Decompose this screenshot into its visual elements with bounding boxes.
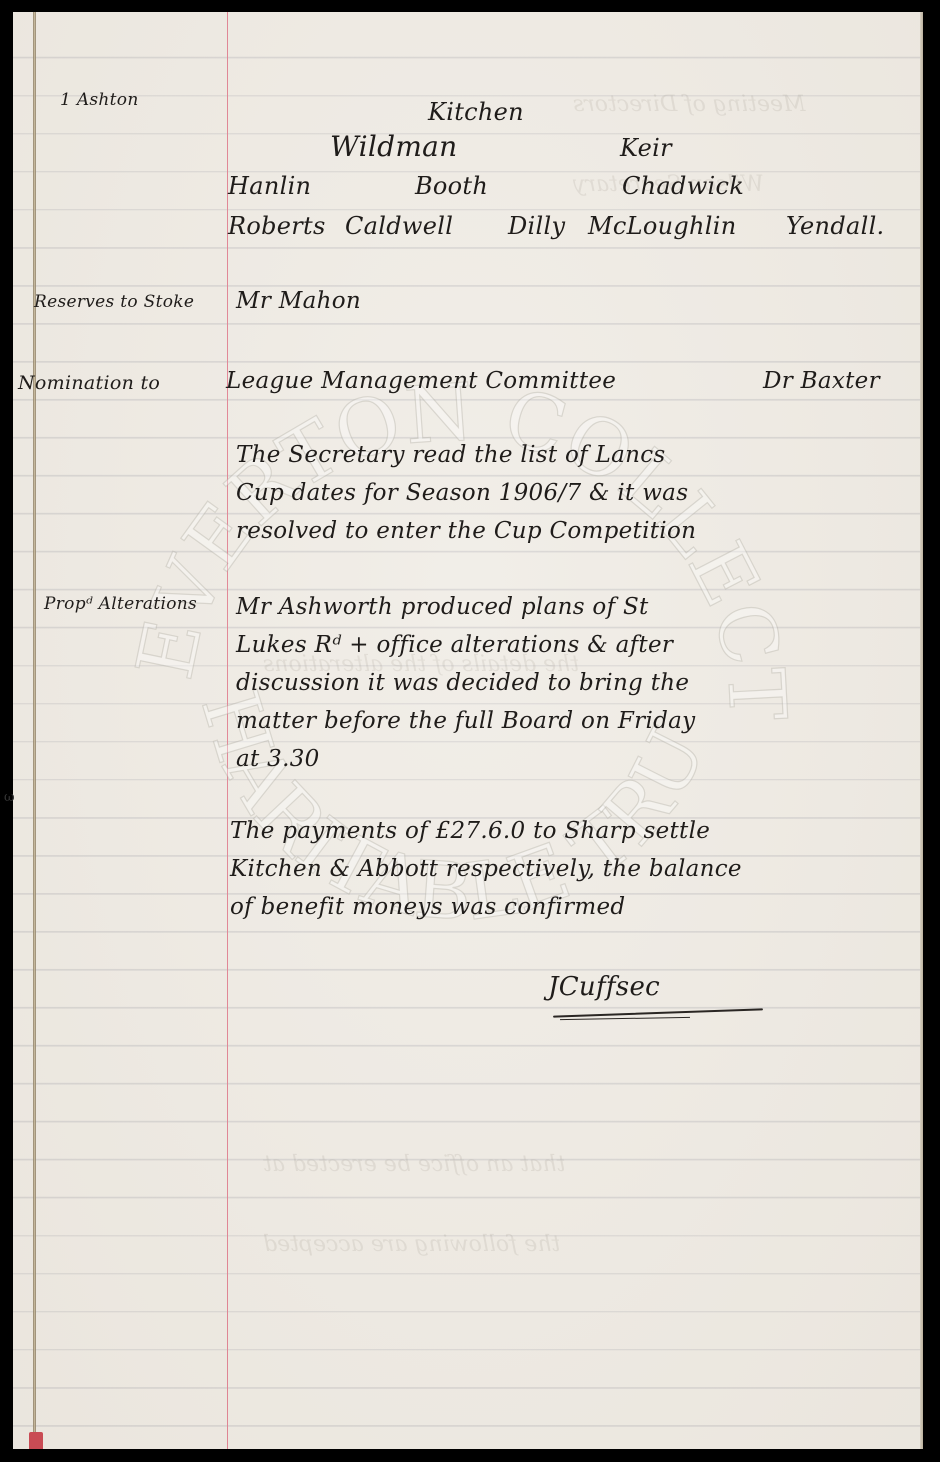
nominee-name: Dr Baxter	[763, 368, 880, 394]
lineup-forward-4: McLoughlin	[588, 212, 737, 240]
payments-line-1: The payments of £27.6.0 to Sharp settle	[230, 818, 710, 844]
margin-note-alterations: Propᵈ Alterations	[44, 594, 197, 614]
payments-line-2: Kitchen & Abbott respectively, the balan…	[230, 856, 742, 882]
lineup-half-centre: Booth	[415, 172, 488, 200]
lineup-half-left: Hanlin	[228, 172, 311, 200]
lineup-forward-3: Dilly	[508, 212, 565, 240]
binding-edge	[33, 12, 36, 1449]
lineup-half-right: Chadwick	[622, 172, 744, 200]
secretary-signature: JCuffsec	[548, 972, 660, 1002]
cup-line-3: resolved to enter the Cup Competition	[236, 518, 696, 544]
alterations-line-2: Lukes Rᵈ + office alterations & after	[236, 632, 673, 658]
alterations-line-3: discussion it was decided to bring the	[236, 670, 689, 696]
payments-line-3: of benefit moneys was confirmed	[230, 894, 625, 920]
lineup-goalkeeper: Kitchen	[428, 98, 524, 126]
lineup-forward-1: Roberts	[228, 212, 326, 240]
alterations-line-5: at 3.30	[236, 746, 320, 772]
bleed-through-text: the following are accepted	[263, 1232, 560, 1257]
reserves-text: Mr Mahon	[236, 288, 361, 314]
margin-note-nomination: Nomination to	[18, 372, 160, 394]
cup-line-1: The Secretary read the list of Lancs	[236, 442, 666, 468]
bleed-through-text: that an office be erected at	[263, 1152, 565, 1177]
margin-note-reserves: Reserves to Stoke	[34, 292, 194, 312]
cup-line-2: Cup dates for Season 1906/7 & it was	[236, 480, 688, 506]
lineup-back-right: Keir	[620, 134, 672, 162]
lineup-forward-5: Yendall.	[786, 212, 884, 240]
alterations-line-1: Mr Ashworth produced plans of St	[236, 594, 649, 620]
stray-ink-mark: ω	[4, 790, 15, 805]
nomination-text: League Management Committee	[226, 368, 616, 394]
bleed-through-text: Meeting of Directors	[573, 92, 806, 117]
lineup-forward-2: Caldwell	[345, 212, 453, 240]
page-edge	[920, 12, 923, 1449]
alterations-line-4: matter before the full Board on Friday	[236, 708, 695, 734]
margin-note-ashton: 1 Ashton	[60, 90, 139, 110]
lineup-back-left: Wildman	[330, 130, 458, 163]
red-page-tab	[29, 1432, 43, 1449]
